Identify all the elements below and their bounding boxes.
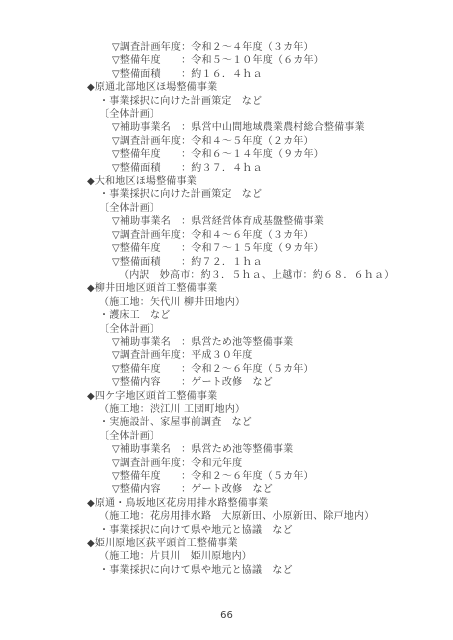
line-project-heading: ◆原通北部地区ほ場整備事業	[87, 81, 445, 94]
line-plan-section-label: 〔全体計画〕	[87, 430, 445, 443]
line-project-heading: ◆四ケ字地区頭首工整備事業	[87, 390, 445, 403]
document-page: ▽調査計画年度：令和２～４年度（３カ年）▽整備年度 ：令和５～１０年度（６カ年）…	[0, 0, 453, 640]
line-location-note: （施工地：片貝川 姫川原地内）	[87, 550, 445, 563]
line-plan-detail: ▽整備面積 ：約３７．４ｈａ	[87, 162, 445, 175]
line-project-heading: ◆姫川原地区荻平頭首工整備事業	[87, 537, 445, 550]
line-plan-detail: ▽調査計画年度：令和４～６年度（３カ年）	[87, 229, 445, 242]
line-plan-detail: ▽補助事業名 ：県営ため池等整備事業	[87, 443, 445, 456]
line-plan-detail: ▽整備年度 ：令和２～６年度（５カ年）	[87, 470, 445, 483]
line-plan-detail: ▽調査計画年度：令和元年度	[87, 457, 445, 470]
page-number: 66	[0, 610, 453, 621]
line-location-note: （施工地：渋江川 工団町地内）	[87, 403, 445, 416]
project-list: ▽調査計画年度：令和２～４年度（３カ年）▽整備年度 ：令和５～１０年度（６カ年）…	[87, 41, 445, 577]
line-plan-detail: ▽整備年度 ：令和７～１５年度（９カ年）	[87, 242, 445, 255]
line-plan-section-label: 〔全体計画〕	[87, 323, 445, 336]
line-activity-bullet: ・事業採択に向けて県や地元と協議 など	[87, 564, 445, 577]
line-plan-detail: ▽補助事業名 ：県営中山間地域農業農村総合整備事業	[87, 121, 445, 134]
line-plan-detail: ▽整備年度 ：令和２～６年度（５カ年）	[87, 363, 445, 376]
line-project-heading: ◆原通・鳥坂地区花房用排水路整備事業	[87, 497, 445, 510]
line-plan-detail: ▽調査計画年度：令和２～４年度（３カ年）	[87, 41, 445, 54]
line-breakdown-note: （内訳 妙高市：約３．５ｈａ、上越市：約６８．６ｈａ）	[87, 269, 445, 282]
line-activity-bullet: ・護床工 など	[87, 309, 445, 322]
line-plan-section-label: 〔全体計画〕	[87, 108, 445, 121]
line-activity-bullet: ・事業採択に向けて県や地元と協議 など	[87, 524, 445, 537]
line-plan-detail: ▽整備面積 ：約１６．４ｈａ	[87, 68, 445, 81]
line-plan-detail: ▽整備面積 ：約７２．１ｈａ	[87, 256, 445, 269]
line-location-note: （施工地：花房用排水路 大原新田、小原新田、除戸地内）	[87, 510, 445, 523]
line-plan-detail: ▽整備年度 ：令和６～１４年度（９カ年）	[87, 148, 445, 161]
line-plan-detail: ▽整備内容 ：ゲート改修 など	[87, 376, 445, 389]
line-plan-detail: ▽補助事業名 ：県営ため池等整備事業	[87, 336, 445, 349]
line-location-note: （施工地：矢代川 柳井田地内）	[87, 296, 445, 309]
line-plan-detail: ▽整備年度 ：令和５～１０年度（６カ年）	[87, 54, 445, 67]
line-project-heading: ◆柳井田地区頭首工整備事業	[87, 282, 445, 295]
line-activity-bullet: ・事業採択に向けた計画策定 など	[87, 188, 445, 201]
line-project-heading: ◆大和地区ほ場整備事業	[87, 175, 445, 188]
line-activity-bullet: ・実施設計、家屋事前調査 など	[87, 416, 445, 429]
line-plan-detail: ▽調査計画年度：平成３０年度	[87, 349, 445, 362]
line-plan-detail: ▽整備内容 ：ゲート改修 など	[87, 483, 445, 496]
line-plan-detail: ▽補助事業名 ：県営経営体育成基盤整備事業	[87, 215, 445, 228]
line-activity-bullet: ・事業採択に向けた計画策定 など	[87, 95, 445, 108]
line-plan-section-label: 〔全体計画〕	[87, 202, 445, 215]
line-plan-detail: ▽調査計画年度：令和４～５年度（２カ年）	[87, 135, 445, 148]
